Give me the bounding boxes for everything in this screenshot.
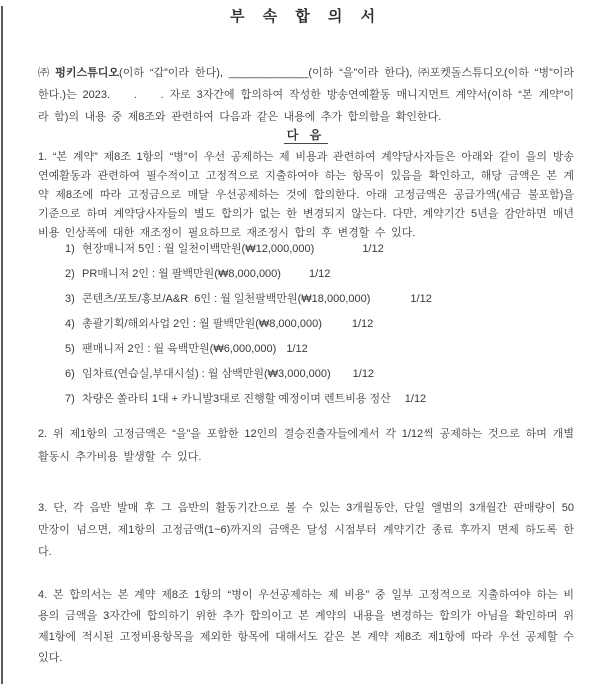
item-number: 1) bbox=[65, 243, 82, 256]
party-b-blank-line: _____________ bbox=[229, 67, 309, 79]
item-fraction: 1/12 bbox=[309, 268, 330, 281]
corp-mark: ㈜ bbox=[38, 67, 55, 79]
company-a-name: 펑키스튜디오 bbox=[55, 67, 119, 79]
item-number: 7) bbox=[65, 393, 82, 406]
document-title: 부 속 합 의 서 bbox=[38, 8, 574, 26]
item-number: 4) bbox=[65, 318, 82, 331]
item-fraction: 1/12 bbox=[286, 343, 307, 356]
clause-2: 2. 위 제1항의 고정금액은 “을”을 포함한 12인의 결승진출자들에게서 … bbox=[38, 423, 574, 469]
intro-paragraph: ㈜ 펑키스튜디오(이하 “갑”이라 한다), _____________(이하 … bbox=[38, 62, 574, 128]
item-text: PR매니저 2인 : 월 팔백만원(₩8,000,000) bbox=[82, 268, 281, 280]
clause-4: 4. 본 합의서는 본 계약 제8조 1항의 “병이 우선공제하는 제 비용” … bbox=[38, 585, 574, 669]
item-text: 총괄기획/해외사업 2인 : 월 팔백만원(₩8,000,000) bbox=[82, 318, 322, 330]
item-text: 콘텐츠/포토/홍보/A&R 6인 : 월 일천팔백만원(₩18,000,000) bbox=[82, 293, 370, 305]
cost-item-7: 7)차량은 쏠라티 1대 + 카니발3대로 진행할 예정이며 렌트비용 정산1/… bbox=[65, 393, 574, 406]
item-text: 임차료(연습실,부대시설) : 월 삼백만원(₩3,000,000) bbox=[82, 368, 331, 380]
clause-1: 1. “본 계약” 제8조 1항의 “병”이 우선 공제하는 제 비용과 관련하… bbox=[38, 148, 574, 243]
item-fraction: 1/12 bbox=[353, 368, 374, 381]
item-fraction: 1/12 bbox=[410, 293, 431, 306]
item-text: 차량은 쏠라티 1대 + 카니발3대로 진행할 예정이며 렌트비용 정산 bbox=[82, 393, 391, 405]
item-text: 팬매니저 2인 : 월 육백만원(₩6,000,000) bbox=[82, 343, 276, 355]
cost-item-6: 6)임차료(연습실,부대시설) : 월 삼백만원(₩3,000,000)1/12 bbox=[65, 368, 574, 381]
item-number: 3) bbox=[65, 293, 82, 306]
clause-3: 3. 단, 각 음반 발매 후 그 음반의 활동기간으로 볼 수 있는 3개월동… bbox=[38, 497, 574, 563]
item-text: 현장매니저 5인 : 월 일천이백만원(₩12,000,000) bbox=[82, 243, 314, 255]
item-number: 6) bbox=[65, 368, 82, 381]
item-fraction: 1/12 bbox=[362, 243, 383, 256]
fixed-cost-items-list: 1)현장매니저 5인 : 월 일천이백만원(₩12,000,000)1/12 2… bbox=[38, 243, 574, 406]
item-number: 2) bbox=[65, 268, 82, 281]
intro-text-after-company-a: (이하 “갑”이라 한다), bbox=[119, 67, 229, 79]
cost-item-1: 1)현장매니저 5인 : 월 일천이백만원(₩12,000,000)1/12 bbox=[65, 243, 574, 256]
item-fraction: 1/12 bbox=[352, 318, 373, 331]
cost-item-3: 3)콘텐츠/포토/홍보/A&R 6인 : 월 일천팔백만원(₩18,000,00… bbox=[65, 293, 574, 306]
page-edge-line bbox=[1, 6, 3, 684]
cost-item-5: 5)팬매니저 2인 : 월 육백만원(₩6,000,000)1/12 bbox=[65, 343, 574, 356]
section-heading-text: 다 음 bbox=[284, 128, 329, 144]
cost-item-4: 4)총괄기획/해외사업 2인 : 월 팔백만원(₩8,000,000)1/12 bbox=[65, 318, 574, 331]
item-fraction: 1/12 bbox=[405, 393, 426, 406]
cost-item-2: 2)PR매니저 2인 : 월 팔백만원(₩8,000,000)1/12 bbox=[65, 268, 574, 281]
item-number: 5) bbox=[65, 343, 82, 356]
section-heading: 다 음 bbox=[38, 128, 574, 142]
agreement-document-page: 부 속 합 의 서 ㈜ 펑키스튜디오(이하 “갑”이라 한다), _______… bbox=[0, 0, 600, 684]
